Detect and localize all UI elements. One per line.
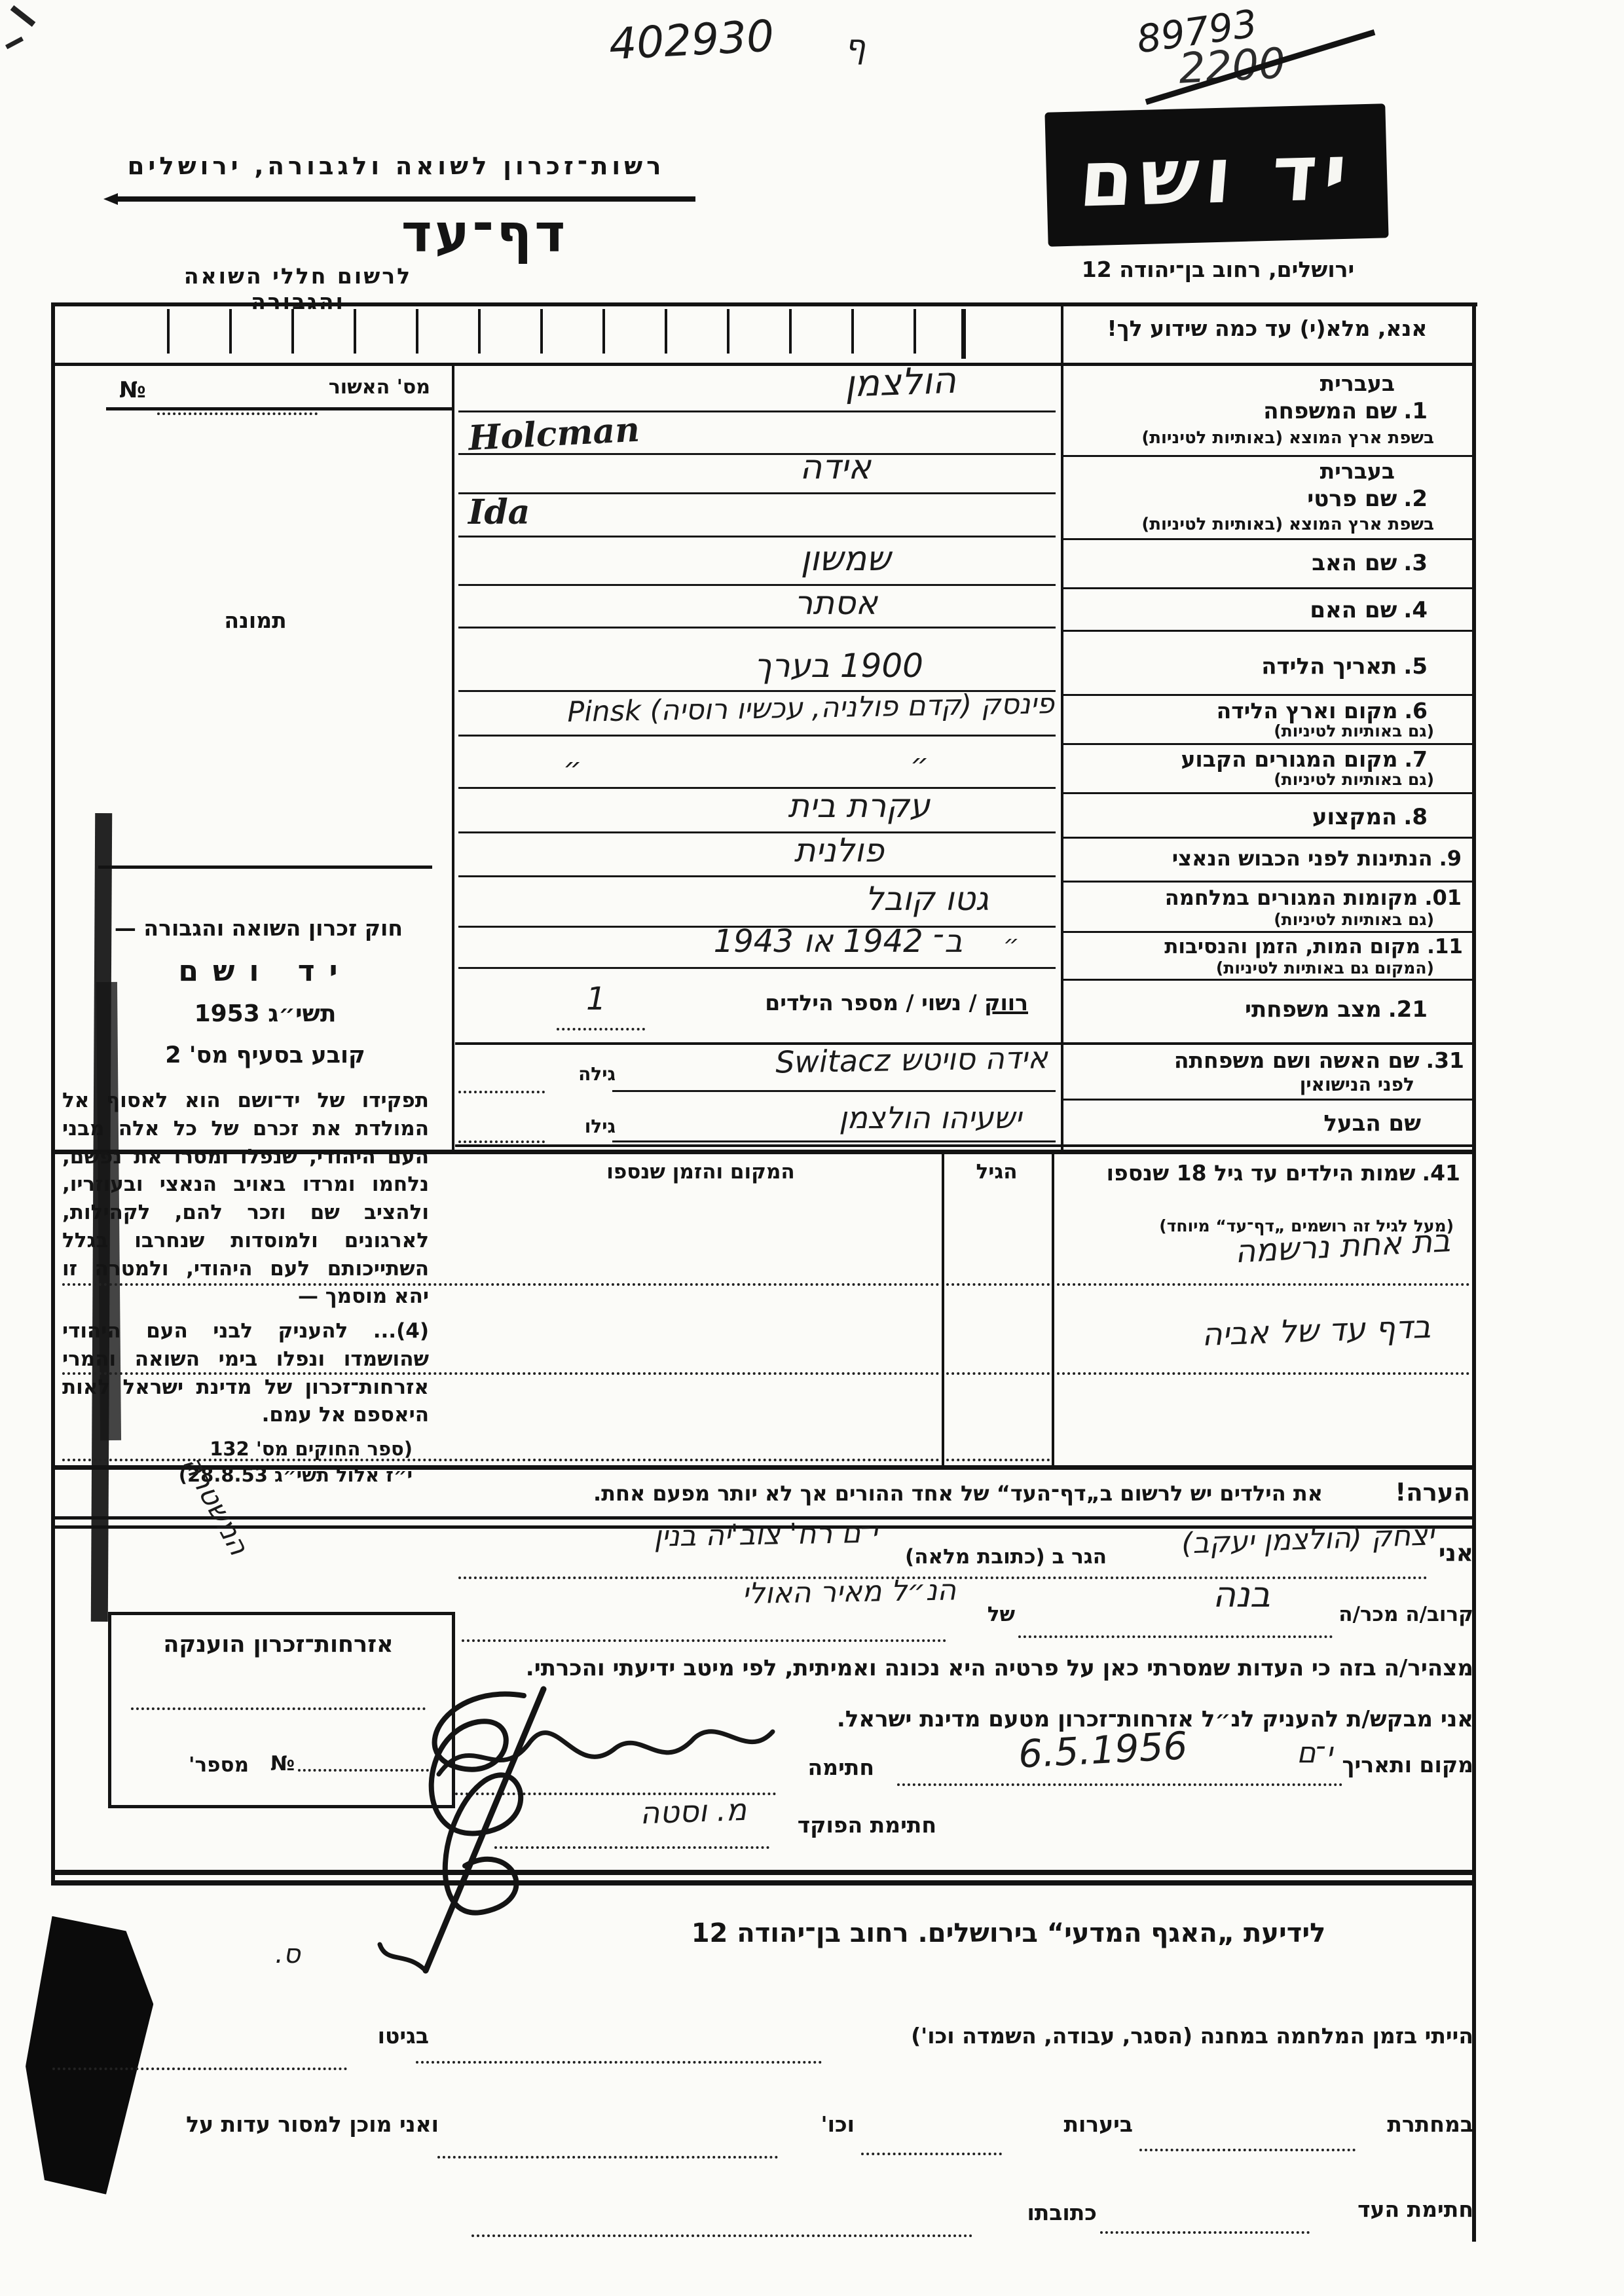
ruler-tick bbox=[913, 309, 916, 354]
field-6-label: 6.מקום וארץ הלידה bbox=[1087, 698, 1428, 723]
her-age-dotted bbox=[458, 1091, 545, 1093]
column-divider bbox=[452, 363, 454, 1152]
etc-answer-dotted bbox=[437, 2156, 778, 2159]
field-10-label: 10.מקומות המגורים במלחמה bbox=[1069, 885, 1462, 910]
handwritten-mark: ף bbox=[845, 27, 866, 65]
declaration-dotted bbox=[897, 1783, 1342, 1786]
answer-line bbox=[458, 967, 1056, 969]
ruler-tick bbox=[789, 309, 792, 354]
note-text: את הילדים יש לרשום ב„דף־העד“ של אחד ההור… bbox=[327, 1481, 1323, 1506]
answer-wartime-residence: גטו קובל bbox=[701, 880, 989, 918]
relative-label: קרוב/ה מכר/ה bbox=[1336, 1603, 1473, 1626]
answer-profession: עקרת בית bbox=[681, 787, 930, 825]
row-border bbox=[1063, 538, 1473, 540]
children-age-column-header: הגיל bbox=[944, 1160, 1049, 1184]
row-border bbox=[1063, 694, 1473, 696]
ghetto-answer-dotted bbox=[52, 2068, 347, 2070]
ruler-tick bbox=[354, 309, 356, 354]
row-border bbox=[1063, 1099, 1473, 1101]
his-age-label: גילו bbox=[550, 1116, 616, 1137]
ditto-mark: ״ bbox=[1003, 930, 1020, 958]
relation-handwritten: בנה bbox=[1113, 1574, 1270, 1615]
answer-line bbox=[612, 1140, 1056, 1142]
her-age-label: גילה bbox=[550, 1063, 616, 1085]
forests-answer-dotted bbox=[861, 2153, 1002, 2155]
grant-number-sign: № bbox=[255, 1752, 295, 1776]
answer-line bbox=[458, 410, 1056, 412]
answer-birth-place: פינסק (קדם פולניה, עכשיו רוסיה) Pinsk bbox=[462, 687, 1055, 731]
declaration-dotted bbox=[462, 1639, 946, 1642]
signature-label: חתימה bbox=[776, 1755, 874, 1780]
underground-label: במחתרת bbox=[1359, 2111, 1473, 2137]
children-dotted-row bbox=[946, 1459, 1050, 1461]
resides-label: הגר ב (כתובת מלאה) bbox=[881, 1545, 1107, 1569]
grant-box-dotted bbox=[298, 1769, 429, 1772]
law-intro: חוק זכרון השואה והגבורה — bbox=[85, 915, 432, 941]
camp-question-label: הייתי בזמן המלחמה במחנה (הסגר, עבודה, הש… bbox=[825, 2023, 1473, 2049]
grant-box-title: אזרחות־זכרון הוענקה bbox=[115, 1631, 442, 1658]
field-2-language-note: בעברית bbox=[1277, 458, 1395, 484]
place-handwritten: י־ם bbox=[1261, 1736, 1333, 1770]
field-13-label: 13.שם האשה ושם משפחתה bbox=[1071, 1048, 1464, 1073]
field-2-label: 2.שם פרטי bbox=[1113, 486, 1428, 512]
form-border-right bbox=[1472, 302, 1476, 2242]
yad-vashem-logo: יד ושם bbox=[1044, 103, 1388, 247]
answer-line bbox=[458, 735, 1056, 737]
label-column-divider bbox=[1061, 302, 1063, 1152]
answer-birth-date: 1900 בערך bbox=[609, 647, 923, 685]
testify-label: ואני מוכן למסור עדות על bbox=[111, 2111, 439, 2137]
field-6-sublabel: (גם באותיות לטיניות) bbox=[1067, 721, 1434, 740]
declarant-address-handwritten: י־ם רח' צוב'יה בנין bbox=[406, 1516, 878, 1558]
field-3-label: 3.שם האב bbox=[1113, 550, 1428, 576]
stray-mark: ס. bbox=[275, 1939, 301, 1969]
approval-number-label: מס' האשור bbox=[322, 376, 430, 399]
row-border bbox=[1063, 881, 1473, 883]
answer-line bbox=[458, 627, 1056, 629]
children-dotted-row bbox=[946, 1372, 1050, 1375]
field-14-label: 14.שמות הילדים עד גיל 18 שנספו bbox=[1062, 1160, 1460, 1186]
answer-mother-name: אסתר bbox=[655, 584, 877, 622]
row-border bbox=[1063, 587, 1473, 589]
witness-signature-label: חתימת העד bbox=[1310, 2196, 1473, 2222]
ruler-tick bbox=[167, 309, 170, 354]
his-age-dotted bbox=[458, 1140, 545, 1143]
field-5-label: 5.תאריך הלידה bbox=[1113, 653, 1428, 680]
ruler-tick bbox=[416, 309, 418, 354]
end-double-rule bbox=[51, 1870, 1476, 1875]
row-border bbox=[1063, 979, 1473, 981]
page-subtitle: לרשום חללי השואה והגבורה bbox=[154, 263, 442, 314]
ruler-tick bbox=[229, 309, 232, 354]
children-dotted-row bbox=[1057, 1372, 1469, 1375]
field-13-sublabel: לפני הנישואין bbox=[1067, 1074, 1414, 1095]
logo-text: יד ושם bbox=[1077, 126, 1357, 224]
field-1-language-note: בעברית bbox=[1277, 371, 1395, 396]
ruler-tick bbox=[540, 309, 543, 354]
law-reference-1: (ספר החוקים מס' 132 bbox=[98, 1438, 413, 1460]
marital-status-options: רווק / נשוי / מספר הילדים bbox=[622, 990, 1028, 1015]
camp-answer-dotted bbox=[416, 2061, 822, 2064]
ditto-mark: ״ bbox=[910, 748, 929, 781]
declaration-dotted bbox=[1018, 1635, 1333, 1638]
answer-death-time: ב־ 1942 או 1943 bbox=[504, 923, 963, 960]
place-date-label: מקום ותאריך bbox=[1336, 1752, 1473, 1777]
children-dotted-row bbox=[1057, 1283, 1469, 1286]
field-2-sublabel: בשפת ארץ המוצא (באותיות לטיניות) bbox=[1067, 515, 1434, 534]
form-border-top bbox=[51, 302, 1477, 306]
ruler-tick bbox=[602, 309, 605, 354]
answer-citizenship: פולנית bbox=[661, 831, 884, 869]
children-dotted-row bbox=[946, 1283, 1050, 1286]
clerk-signature-label: חתימת הפוקד bbox=[750, 1812, 936, 1838]
row-border bbox=[1063, 931, 1473, 933]
ruler-tick bbox=[291, 309, 294, 354]
children-place-column-header: המקום והזמן שנספו bbox=[485, 1160, 917, 1184]
row-border bbox=[1063, 792, 1473, 794]
witness-signature-dotted bbox=[1100, 2231, 1310, 2234]
photo-placeholder-label: תמונה bbox=[203, 608, 308, 633]
handwritten-file-number: 402930 bbox=[608, 7, 846, 70]
age-column-divider bbox=[1052, 1150, 1054, 1467]
scan-speck bbox=[5, 37, 24, 49]
answer-first-name: אידה bbox=[674, 448, 871, 487]
authority-line: רשות־זכרון לשואה ולגבורה, ירושלים bbox=[118, 152, 674, 180]
law-year: תשי״ג 1953 bbox=[98, 1000, 432, 1027]
children-answer-line-2: בדף עד של אביה bbox=[1083, 1309, 1431, 1357]
ditto-mark: ״ bbox=[563, 752, 581, 785]
field-4-label: 4.שם האם bbox=[1113, 597, 1428, 623]
underground-answer-dotted bbox=[1139, 2149, 1356, 2151]
law-body-2: ‎...‎(4) להעניק לבני העם היהודי שהושמדו … bbox=[62, 1317, 429, 1429]
intro-instruction: אנא, מלא(י) עד כמה שידוע לך! bbox=[1067, 316, 1467, 341]
answer-husband-name: ישעיהו הולצמן bbox=[642, 1100, 1022, 1135]
approval-underline bbox=[106, 407, 454, 410]
law-body: תפקידו של יד־ושם הוא לאסוף אל המולדת את … bbox=[62, 1087, 429, 1311]
row-border bbox=[1063, 743, 1473, 745]
ghetto-label: בגיטו bbox=[354, 2023, 429, 2049]
header-underline bbox=[117, 196, 695, 202]
ruler-tick bbox=[961, 309, 966, 359]
underline-arrow bbox=[103, 193, 118, 205]
husband-name-label: שם הבעל bbox=[1146, 1110, 1421, 1137]
page-title: דף־עד bbox=[386, 203, 583, 264]
answer-line bbox=[458, 536, 1056, 538]
scanned-testimony-page: 402930 ף 89793 2200 רשות־זכרון לשואה ולג… bbox=[0, 0, 1624, 2296]
ruler-tick bbox=[851, 309, 854, 354]
declaration-i-label: אני bbox=[1428, 1540, 1473, 1567]
row-border bbox=[1063, 455, 1473, 457]
forests-label: ביערות bbox=[1008, 2111, 1133, 2137]
answer-father-name: שמשון bbox=[629, 539, 891, 579]
field-1-sublabel: בשפת ארץ המוצא (באותיות לטיניות) bbox=[1067, 428, 1434, 448]
scientific-branch-title: לידיעת „האגף המדעי“ בירושלים. רחוב בן־יה… bbox=[544, 1918, 1473, 1948]
scan-blob bbox=[19, 1915, 158, 2196]
law-name: יד ושם bbox=[98, 955, 432, 988]
etc-label: וכו' bbox=[783, 2111, 855, 2137]
answer-family-name: הולצמן bbox=[680, 359, 957, 412]
scan-speck bbox=[10, 5, 36, 27]
ruler-tick bbox=[665, 309, 667, 354]
ruler-tick bbox=[727, 309, 729, 354]
of-label: של bbox=[963, 1603, 1015, 1626]
ruler-tick bbox=[478, 309, 481, 354]
field-11-sublabel: (המקום גם באותיות לטיניות) bbox=[1067, 958, 1434, 977]
answer-line bbox=[612, 1090, 1056, 1092]
field-12-label: 12.מצב משפחתי bbox=[1113, 996, 1428, 1023]
grant-number-label: מספר' bbox=[138, 1753, 249, 1777]
field-8-label: 8.המקצוע bbox=[1113, 804, 1428, 830]
witness-address-label: כתובתו bbox=[976, 2200, 1097, 2225]
row-border-wide bbox=[455, 1144, 1473, 1147]
law-reference-2: י״ז אלול תשי״ג 28.8.53) bbox=[98, 1464, 413, 1486]
field-1-label: 1.שם המשפחה bbox=[1113, 398, 1428, 424]
age-column-divider bbox=[942, 1150, 944, 1467]
answer-line bbox=[458, 875, 1056, 877]
field-7-sublabel: (גם באותיות לטיניות) bbox=[1067, 770, 1434, 789]
office-address: ירושלים, רחוב בן־יהודה 12 bbox=[1018, 257, 1418, 282]
form-border-left bbox=[51, 302, 55, 1882]
row-border bbox=[1063, 837, 1473, 839]
law-section: קובע בסעיף מס' 2 bbox=[98, 1042, 432, 1068]
field-7-label: 7.מקום המגורים הקבוע bbox=[1074, 746, 1428, 772]
grant-box-dotted bbox=[131, 1707, 426, 1710]
note-title: הערה! bbox=[1336, 1478, 1470, 1506]
answer-wife-name: אידה סויטש Switacz bbox=[616, 1040, 1048, 1083]
sidebar-rule bbox=[98, 866, 432, 869]
field-9-label: 9.הנתינות לפני הכבוש הנאצי bbox=[1069, 846, 1462, 871]
field-10-sublabel: (גם באותיות לטיניות) bbox=[1067, 910, 1434, 929]
children-count-dotted bbox=[557, 1028, 645, 1030]
approval-dotted-line bbox=[157, 412, 318, 415]
field-11-label: 11.מקום המות, הזמן והנסיבות bbox=[1065, 935, 1463, 958]
row-border bbox=[1063, 630, 1473, 632]
witness-address-dotted bbox=[471, 2234, 972, 2237]
of-whom-handwritten: הנ״ל מאיר האולי bbox=[609, 1573, 957, 1613]
end-double-rule bbox=[51, 1880, 1476, 1886]
answer-children-count: 1 bbox=[586, 981, 606, 1017]
answer-first-name-latin: Ida bbox=[468, 492, 652, 532]
approval-number-sign: № bbox=[119, 377, 146, 403]
